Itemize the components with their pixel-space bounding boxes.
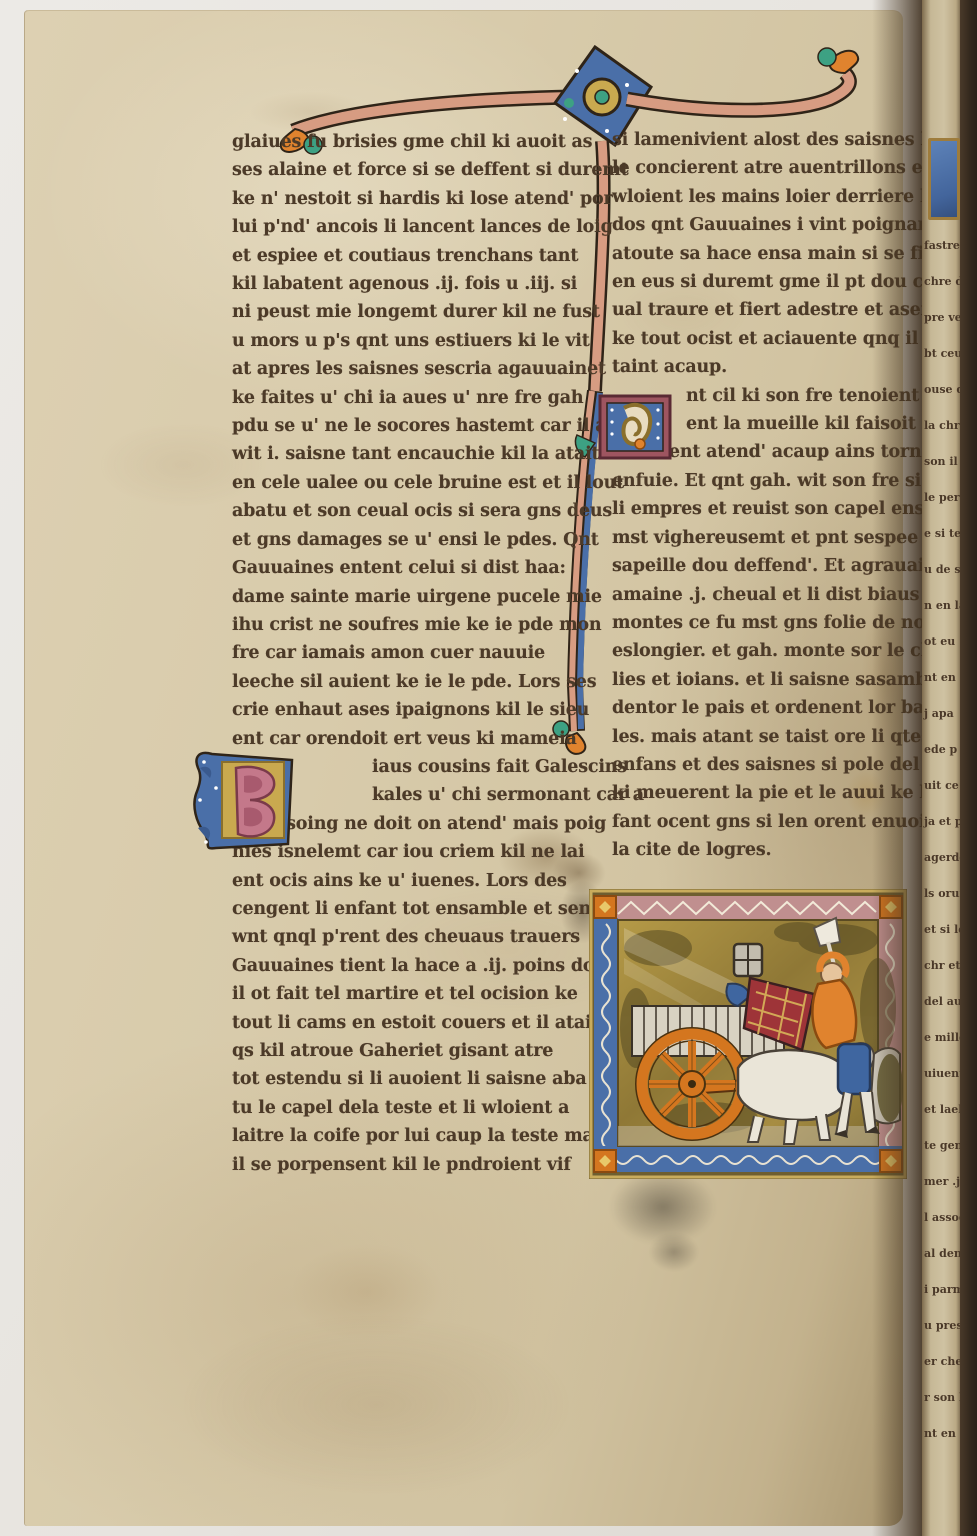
facing-text-fragment: bt ceu- bbox=[924, 336, 962, 372]
manuscript-text-line: dos qnt Gauuaines i vint poignant bbox=[612, 211, 912, 239]
blue-tunic bbox=[838, 1044, 870, 1094]
manuscript-text-line: ke tout ocist et aciauente qnq il a bbox=[612, 325, 912, 353]
manuscript-text-line: et espiee et coutiaus trenchans tant bbox=[232, 242, 568, 270]
manuscript-text-line: dame sainte marie uirgene pucele mie bbox=[232, 583, 568, 611]
horse-body bbox=[738, 1050, 851, 1120]
text-column-left: glaiues fu brisies gme chil ki auoit ass… bbox=[232, 128, 568, 1179]
facing-text-fragment: te gente bbox=[924, 1128, 962, 1164]
manuscript-text-line: montes ce fu mst gns folie de nous bbox=[612, 609, 912, 637]
facing-page-text: fastreechre depre venibt ceu-ouse dela c… bbox=[924, 228, 962, 1452]
facing-text-fragment: er cheu bbox=[924, 1344, 962, 1380]
manuscript-text-line: tu le capel dela teste et li wloient a bbox=[232, 1094, 568, 1122]
manuscript-text-line: atoute sa hace ensa main si se fiert bbox=[612, 240, 912, 268]
manuscript-text-line: mst vighereusemt et pnt sespee et bbox=[612, 524, 912, 552]
manuscript-text-line: sapeille dou deffend'. Et agrauains li bbox=[612, 552, 912, 580]
manuscript-text-line: les. mais atant se taist ore li qtes des bbox=[612, 723, 912, 751]
facing-text-fragment: u de se bbox=[924, 552, 962, 588]
vine-right-arm bbox=[627, 48, 858, 110]
manuscript-text-line: en eus si duremt gme il pt dou ce bbox=[612, 268, 912, 296]
manuscript-text-line: li empres et reuist son capel ensa teste bbox=[612, 495, 912, 523]
facing-text-fragment: u pres bbox=[924, 1308, 962, 1344]
facing-text-fragment: al dent bbox=[924, 1236, 962, 1272]
gutter-shadow bbox=[872, 0, 928, 1536]
facing-text-fragment: l assoen bbox=[924, 1200, 962, 1236]
facing-text-fragment: ouse de bbox=[924, 372, 962, 408]
manuscript-text-line: enfuie. Et qnt gah. wit son fre si sail bbox=[612, 467, 912, 495]
manuscript-text-line: Gauuaines entent celui si dist haa: bbox=[232, 554, 568, 582]
facing-text-fragment: uiuent bbox=[924, 1056, 962, 1092]
facing-text-fragment: del auan bbox=[924, 984, 962, 1020]
facing-text-fragment: la chre bbox=[924, 408, 962, 444]
facing-text-fragment: uit ce bbox=[924, 768, 962, 804]
letter-Q bbox=[623, 405, 650, 444]
manuscript-text-line: pdu se u' ne le socores hastemt car il a bbox=[232, 412, 568, 440]
manuscript-text-line: ihu crist ne soufres mie ke ie pde mon bbox=[232, 611, 568, 639]
manuscript-text-line: si lamenivient alost des saisnes les bbox=[612, 126, 912, 154]
manuscript-text-line: et gns damages se u' ensi le pdes. Qnt bbox=[232, 526, 568, 554]
facing-text-fragment: nt en l bbox=[924, 1416, 962, 1452]
manuscript-text-line: abatu et son ceual ocis si sera gns deus bbox=[232, 497, 568, 525]
facing-text-fragment: fastree bbox=[924, 228, 962, 264]
facing-page-initial bbox=[928, 138, 960, 220]
facing-text-fragment: agerde bbox=[924, 840, 962, 876]
manuscript-text-line: ent ocis ains ke u' iuenes. Lors des bbox=[232, 867, 568, 895]
manuscript-text-line: dentor le pais et ordenent lor batail bbox=[612, 694, 912, 722]
manuscript-text-line: eslongier. et gah. monte sor le cheual bbox=[612, 637, 912, 665]
facing-text-fragment: e si ter bbox=[924, 516, 962, 552]
facing-text-fragment: nt en bbox=[924, 660, 962, 696]
manuscript-text-line: wit i. saisne tant encauchie kil la atai… bbox=[232, 440, 568, 468]
facing-text-fragment: ls oruil bbox=[924, 876, 962, 912]
manuscript-text-line: fant ocent gns si len orent enuoie en bbox=[612, 808, 912, 836]
book-binding-edge bbox=[960, 0, 977, 1536]
facing-text-fragment: ot eu bbox=[924, 624, 962, 660]
manuscript-text-line: ki meuerent la pie et le auui ke li en bbox=[612, 779, 912, 807]
facing-text-fragment: son il de bbox=[924, 444, 962, 480]
illuminated-initial-B bbox=[192, 748, 308, 852]
facing-text-fragment: e mille bbox=[924, 1020, 962, 1056]
facing-page-edge: fastreechre depre venibt ceu-ouse dela c… bbox=[922, 0, 962, 1536]
facing-text-fragment: n en la bbox=[924, 588, 962, 624]
manuscript-text-line: la cite de logres. bbox=[612, 836, 912, 864]
manuscript-text-line: cengent li enfant tot ensamble et sen bbox=[232, 895, 568, 923]
text-column-right: si lamenivient alost des saisnes lesle c… bbox=[612, 126, 912, 865]
illuminated-initial-Q bbox=[598, 394, 672, 462]
manuscript-text-line: lies et ioians. et li saisne sasamblent bbox=[612, 666, 912, 694]
facing-text-fragment: le peru bbox=[924, 480, 962, 516]
manuscript-text-line: fre car iamais amon cuer nauuie bbox=[232, 639, 568, 667]
manuscript-text-line: u mors u p's qnt uns estiuers ki le vit bbox=[232, 327, 568, 355]
manuscript-text-line: tout li cams en estoit couers et il atai… bbox=[232, 1009, 568, 1037]
manuscript-text-line: amaine .j. cheual et li dist biaus fre bbox=[612, 581, 912, 609]
facing-text-fragment: et laeline bbox=[924, 1092, 962, 1128]
manuscript-text-line: kales u' chi sermonant car a bbox=[372, 781, 568, 809]
facing-text-fragment: pre veni bbox=[924, 300, 962, 336]
manuscript-text-line: glaiues fu brisies gme chil ki auoit as bbox=[232, 128, 568, 156]
manuscript-text-line: en cele ualee ou cele bruine est et il l… bbox=[232, 469, 568, 497]
manuscript-text-line: ses alaine et force si se deffent si dur… bbox=[232, 156, 568, 184]
manuscript-text-line: crie enhaut ases ipaignons kil le sieu bbox=[232, 696, 568, 724]
manuscript-text-line: il ot fait tel martire et tel ocision ke bbox=[232, 980, 568, 1008]
manuscript-text-line: ke n' nestoit si hardis ki lose atend' p… bbox=[232, 185, 568, 213]
manuscript-text-line: wloient les mains loier derriere le bbox=[612, 183, 912, 211]
facing-text-fragment: j apa bbox=[924, 696, 962, 732]
manuscript-text-line: le concierent atre auentrillons et le bbox=[612, 154, 912, 182]
border-top bbox=[594, 896, 902, 920]
manuscript-text-line: tot estendu si li auoient li saisne aba bbox=[232, 1065, 568, 1093]
manuscript-text-line: Gauuaines tient la hace a .ij. poins dot bbox=[232, 952, 568, 980]
manuscript-text-line: laitre la coife por lui caup la teste ma… bbox=[232, 1122, 568, 1150]
manuscript-text-line: ual traure et fiert adestre et asenestre bbox=[612, 296, 912, 324]
manuscript-text-line: kil labatent agenous .ij. fois u .iij. s… bbox=[232, 270, 568, 298]
facing-text-fragment: ja et p bbox=[924, 804, 962, 840]
manuscript-text-line: enfans et des saisnes si pole del paud bbox=[612, 751, 912, 779]
manuscript-text-line: lui p'nd' ancois li lancent lances de lo… bbox=[232, 213, 568, 241]
orange-cloak bbox=[812, 980, 856, 1048]
manuscript-text-line: iaus cousins fait Galescins bbox=[372, 753, 568, 781]
manuscript-text-line: leeche sil auient ke ie le pde. Lors ses bbox=[232, 668, 568, 696]
manuscript-text-line: ke faites u' chi ia aues u' nre fre gah bbox=[232, 384, 568, 412]
facing-text-fragment: ede p bbox=[924, 732, 962, 768]
facing-text-fragment: chr et se bbox=[924, 948, 962, 984]
manuscript-text-line: ni peust mie longemt durer kil ne fust bbox=[232, 298, 568, 326]
manuscript-text-line: at apres les saisnes sescria agauuainet bbox=[232, 355, 568, 383]
miniature-cart-scene bbox=[588, 888, 908, 1180]
leaf-green-right bbox=[818, 48, 836, 66]
facing-text-fragment: r son le bbox=[924, 1380, 962, 1416]
facing-text-fragment: chre de bbox=[924, 264, 962, 300]
manuscript-text-line: taint acaup. bbox=[612, 353, 912, 381]
facing-text-fragment: mer .j. e bbox=[924, 1164, 962, 1200]
manuscript-text-line: qs kil atroue Gaheriet gisant atre bbox=[232, 1037, 568, 1065]
cart-wheel bbox=[636, 1028, 748, 1140]
manuscript-text-line: wnt qnql p'rent des cheuaus trauers bbox=[232, 923, 568, 951]
manuscript-text-line: il se porpensent kil le pndroient vif bbox=[232, 1151, 568, 1179]
facing-text-fragment: i parmou bbox=[924, 1272, 962, 1308]
facing-text-fragment: et si les bbox=[924, 912, 962, 948]
